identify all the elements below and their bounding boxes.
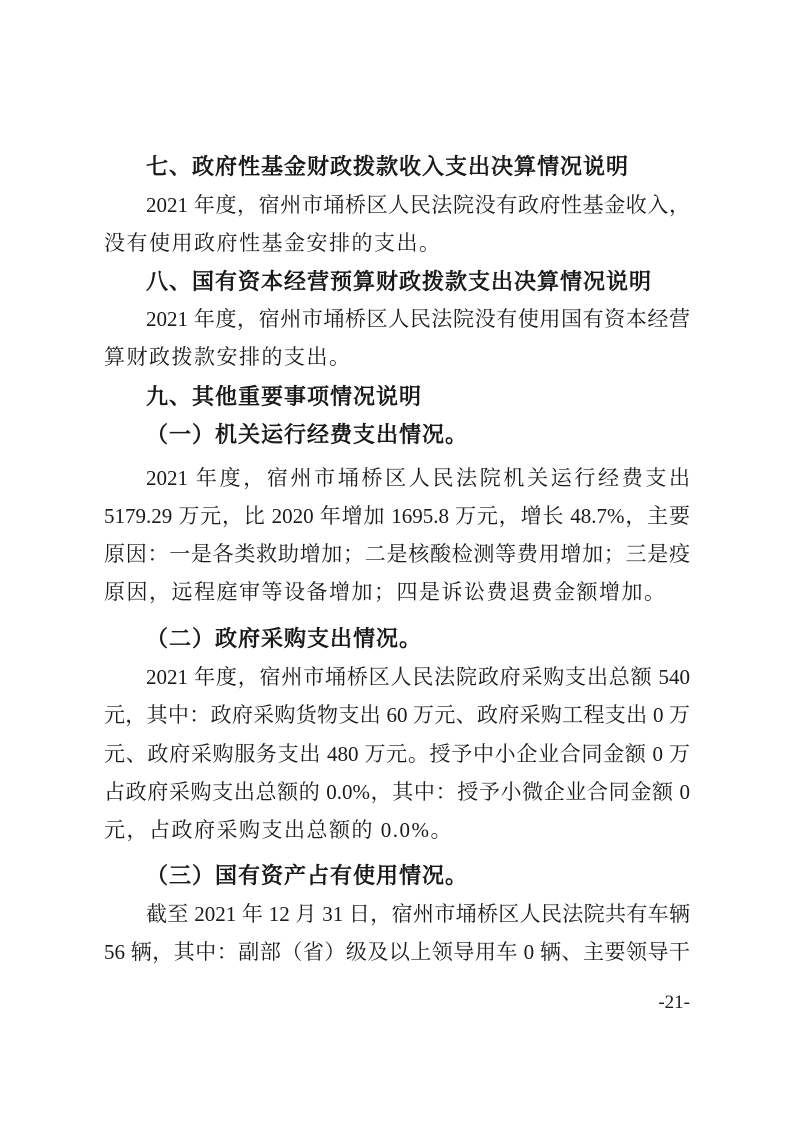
subsection-heading-2: （二）政府采购支出情况。 bbox=[104, 620, 690, 658]
paragraph-line: 算财政拨款安排的支出。 bbox=[104, 338, 690, 376]
section-heading-7: 七、政府性基金财政拨款收入支出决算情况说明 bbox=[104, 148, 690, 186]
paragraph-line: 元、政府采购服务支出 480 万元。授予中小企业合同金额 0 万元， bbox=[104, 735, 690, 773]
paragraph-line: 没有使用政府性基金安排的支出。 bbox=[104, 224, 690, 262]
paragraph-line: 56 辆，其中：副部（省）级及以上领导用车 0 辆、主要领导干部 bbox=[104, 933, 690, 971]
page-number: -21- bbox=[104, 988, 690, 1018]
paragraph-line: 2021 年度，宿州市埇桥区人民法院没有使用国有资本经营预 bbox=[104, 300, 690, 338]
section-heading-9: 九、其他重要事项情况说明 bbox=[104, 378, 690, 416]
document-page: 七、政府性基金财政拨款收入支出决算情况说明 2021 年度，宿州市埇桥区人民法院… bbox=[0, 0, 793, 1122]
paragraph-line: 原因，远程庭审等设备增加；四是诉讼费退费金额增加。 bbox=[104, 573, 690, 611]
section-heading-8: 八、国有资本经营预算财政拨款支出决算情况说明 bbox=[104, 263, 690, 301]
paragraph-line: 截至 2021 年 12 月 31 日，宿州市埇桥区人民法院共有车辆 bbox=[104, 895, 690, 933]
subsection-heading-1: （一）机关运行经费支出情况。 bbox=[104, 416, 690, 454]
subsection-heading-3: （三）国有资产占有使用情况。 bbox=[104, 857, 690, 895]
paragraph-line: 占政府采购支出总额的 0.0%，其中：授予小微企业合同金额 0 万 bbox=[104, 773, 690, 811]
paragraph-line: 2021 年度，宿州市埇桥区人民法院政府采购支出总额 540 万 bbox=[104, 658, 690, 696]
paragraph-line: 2021 年度，宿州市埇桥区人民法院没有政府性基金收入，也 bbox=[104, 186, 690, 224]
paragraph-line: 2021 年度，宿州市埇桥区人民法院机关运行经费支出 bbox=[104, 459, 690, 497]
paragraph-line: 原因：一是各类救助增加；二是核酸检测等费用增加；三是疫情 bbox=[104, 535, 690, 573]
paragraph-line: 5179.29 万元，比 2020 年增加 1695.8 万元，增长 48.7%… bbox=[104, 497, 690, 535]
paragraph-line: 元，占政府采购支出总额的 0.0%。 bbox=[104, 811, 690, 849]
paragraph-line: 元，其中：政府采购货物支出 60 万元、政府采购工程支出 0 万 bbox=[104, 696, 690, 734]
